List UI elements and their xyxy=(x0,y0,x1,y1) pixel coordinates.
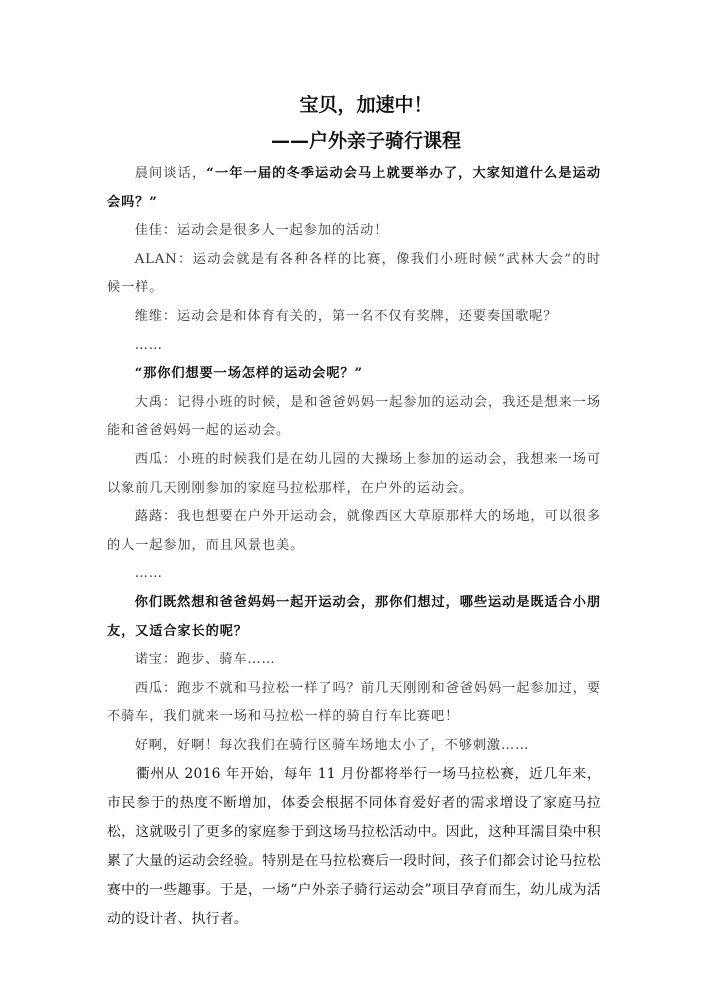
narrative-paragraph: 衢州从 2016 年开始，每年 11 月份都将举行一场马拉松赛，近几年来，市民参… xyxy=(107,760,601,934)
dialogue-group: 好啊，好啊！每次我们在骑行区骑车场地太小了，不够刺激…… xyxy=(107,732,601,761)
dialogue-nuobao: 诺宝：跑步、骑车…… xyxy=(107,646,601,675)
dialogue-weiwei: 维维：运动会是和体育有关的，第一名不仅有奖牌，还要奏国歌呢？ xyxy=(107,303,601,332)
dialogue-jiajia: 佳佳：运动会是很多人一起参加的活动！ xyxy=(107,217,601,246)
document-subtitle: ——户外亲子骑行课程 xyxy=(107,128,601,154)
ellipsis-2: …… xyxy=(107,560,601,589)
dialogue-lulu: 蕗蕗：我也想要在户外开运动会，就像西区大草原那样大的场地，可以很多的人一起参加，… xyxy=(107,503,601,560)
document-title: 宝贝，加速中！ xyxy=(107,92,601,118)
dialogue-xigua-2: 西瓜：跑步不就和马拉松一样了吗？前几天刚刚和爸爸妈妈一起参加过，要不骑车，我们就… xyxy=(107,675,601,732)
dialogue-xigua-1: 西瓜：小班的时候我们是在幼儿园的大操场上参加的运动会，我想来一场可以象前几天刚刚… xyxy=(107,446,601,503)
dialogue-dayu: 大禹：记得小班的时候，是和爸爸妈妈一起参加的运动会，我还是想来一场能和爸爸妈妈一… xyxy=(107,389,601,446)
ellipsis-1: …… xyxy=(107,332,601,361)
morning-talk-prefix: 晨间谈话， xyxy=(135,166,207,181)
paragraph-morning-talk: 晨间谈话，“一年一届的冬季运动会马上就要举办了，大家知道什么是运动会吗？” xyxy=(107,160,601,217)
document-page: 宝贝，加速中！ ——户外亲子骑行课程 晨间谈话，“一年一届的冬季运动会马上就要举… xyxy=(107,92,601,934)
teacher-question-3: 你们既然想和爸爸妈妈一起开运动会，那你们想过，哪些运动是既适合小朋友，又适合家长… xyxy=(107,589,601,646)
dialogue-alan: ALAN：运动会就是有各种各样的比赛，像我们小班时候“武林大会”的时候一样。 xyxy=(107,246,601,303)
teacher-question-2: “那你们想要一场怎样的运动会呢？” xyxy=(107,360,601,389)
